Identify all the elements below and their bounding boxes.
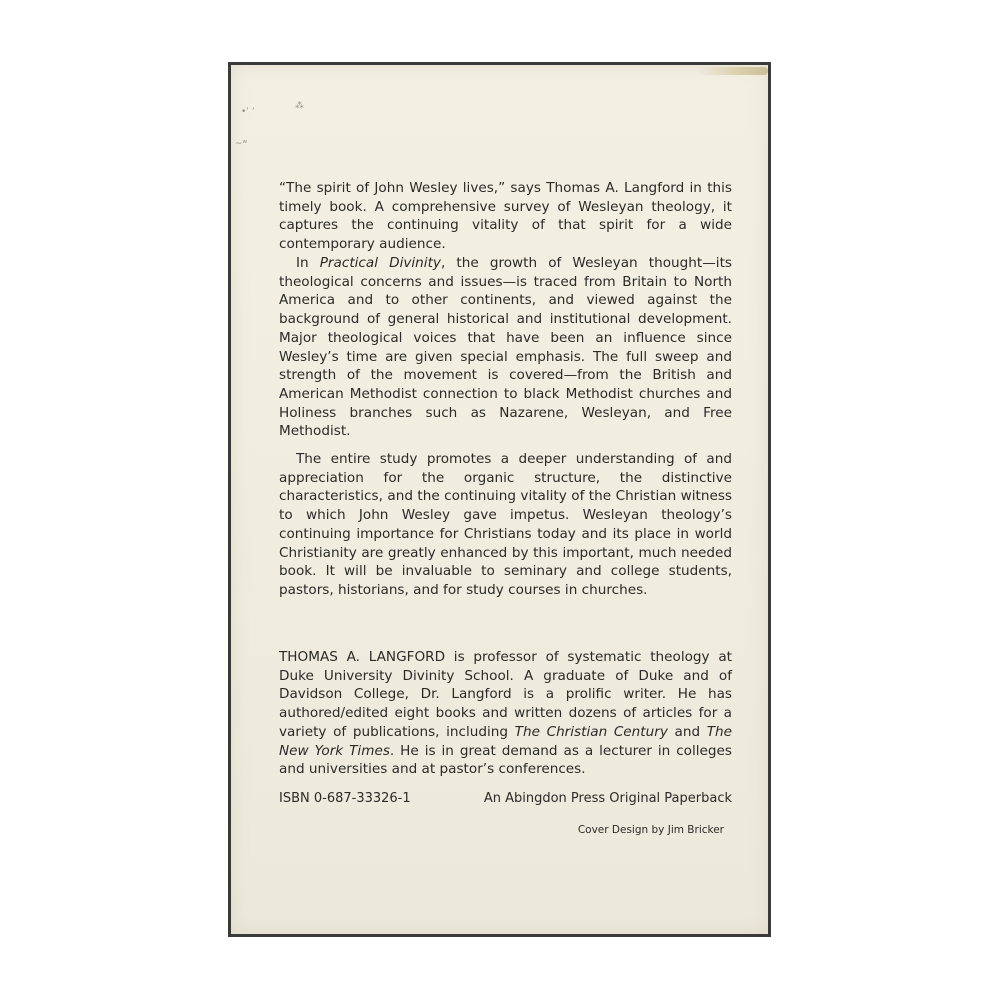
paper-blemish: ~ʷ — [235, 139, 247, 149]
description-paragraph: In Practical Divinity, the growth of Wes… — [279, 254, 732, 441]
text-span: , the growth of Wesleyan thought—its the… — [279, 255, 732, 439]
isbn: ISBN 0-687-33326-1 — [279, 791, 411, 806]
book-title: Practical Divinity — [320, 255, 441, 271]
text-span: and — [668, 724, 707, 740]
intro-paragraph: “The spirit of John Wesley lives,” says … — [279, 179, 732, 254]
bio-text: THOMAS A. LANGFORD is professor of syste… — [279, 648, 732, 779]
paper-blemish: •ʾ ʼ — [241, 107, 255, 117]
publication-title: The Christian Century — [515, 724, 668, 740]
paragraph-text: The entire study promotes a deeper under… — [279, 450, 732, 600]
text-span: In — [296, 255, 320, 271]
paragraph-text: “The spirit of John Wesley lives,” says … — [279, 179, 732, 254]
paper-blemish: ⁂ — [295, 101, 304, 111]
publication-footer: ISBN 0-687-33326-1 An Abingdon Press Ori… — [279, 791, 732, 806]
paragraph-text: In Practical Divinity, the growth of Wes… — [279, 254, 732, 441]
author-bio: THOMAS A. LANGFORD is professor of syste… — [279, 648, 732, 779]
cover-design-credit: Cover Design by Jim Bricker — [578, 824, 724, 836]
summary-paragraph: The entire study promotes a deeper under… — [279, 450, 732, 600]
book-back-cover: •ʾ ʼ ⁂ ~ʷ “The spirit of John Wesley liv… — [228, 62, 771, 937]
paper-stain — [698, 67, 768, 75]
publisher-line: An Abingdon Press Original Paperback — [484, 791, 732, 806]
